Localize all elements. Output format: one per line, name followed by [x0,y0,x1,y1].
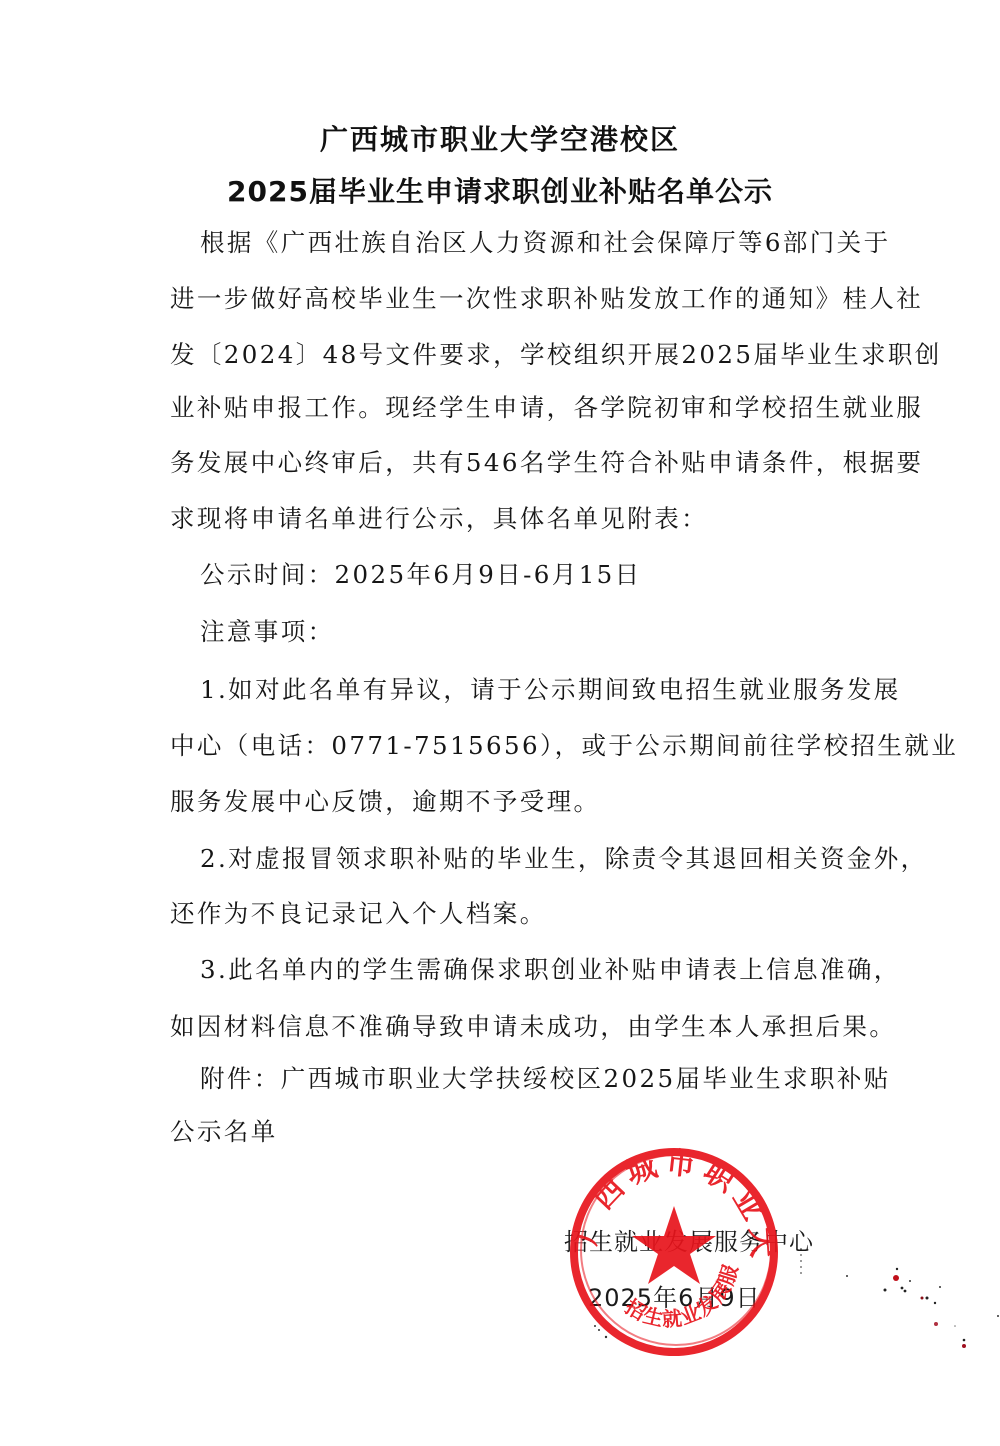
document-page: 广西城市职业大学空港校区 2025届毕业生申请求职创业补贴名单公示 根据《广西壮… [0,0,1000,1446]
official-seal-icon: 广西城市职业大学 招生就业发展服务中心 [562,1140,786,1364]
body-line: 业补贴申报工作。现经学生申请，各学院初审和学校招生就业服 [170,393,870,423]
body-line: 进一步做好高校毕业生一次性求职补贴发放工作的通知》桂人社 [170,284,870,314]
body-line: 根据《广西壮族自治区人力资源和社会保障厅等6部门关于 [200,228,900,258]
note-1-line: 中心（电话：0771-7515656），或于公示期间前往学校招生就业 [170,731,870,761]
body-line: 求现将申请名单进行公示，具体名单见附表： [170,504,870,534]
note-2-line: 还作为不良记录记入个人档案。 [170,899,870,929]
note-1-line: 1.如对此名单有异议，请于公示期间致电招生就业服务发展 [200,675,900,705]
note-3-line: 3.此名单内的学生需确保求职创业补贴申请表上信息准确， [200,955,900,985]
publicity-period: 公示时间：2025年6月9日-6月15日 [200,560,900,590]
document-title-line2: 2025届毕业生申请求职创业补贴名单公示 [0,170,1000,210]
body-line: 发〔2024〕48号文件要求，学校组织开展2025届毕业生求职创 [170,340,870,370]
attachment-line: 附件：广西城市职业大学扶绥校区2025届毕业生求职补贴 [200,1064,900,1094]
document-title-line1: 广西城市职业大学空港校区 [0,118,1000,158]
notes-heading: 注意事项： [200,617,900,647]
ink-speckles [840,1240,1000,1380]
note-1-line: 服务发展中心反馈，逾期不予受理。 [170,787,870,817]
note-2-line: 2.对虚报冒领求职补贴的毕业生，除责令其退回相关资金外， [200,844,900,874]
body-line: 务发展中心终审后，共有546名学生符合补贴申请条件，根据要 [170,448,870,478]
note-3-line: 如因材料信息不准确导致申请未成功，由学生本人承担后果。 [170,1012,870,1042]
